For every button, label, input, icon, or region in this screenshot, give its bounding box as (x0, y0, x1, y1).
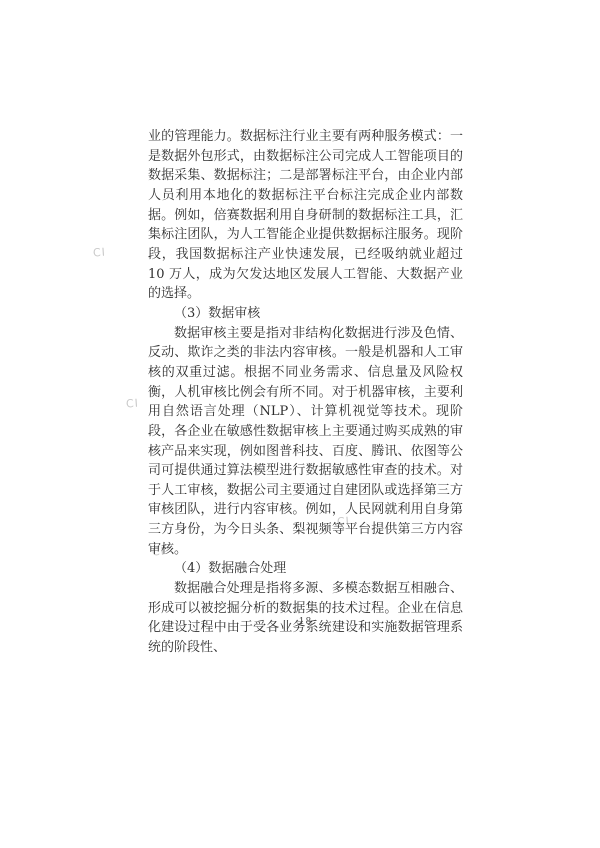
watermark-text: CI (126, 397, 140, 411)
paragraph: （3）数据审核 (148, 304, 463, 324)
paragraph: 数据审核主要是指对非结构化数据进行涉及色情、反动、欺诈之类的非法内容审核。一般是… (148, 324, 463, 560)
document-page: CICICICI 业的管理能力。数据标注行业主要有两种服务模式：一是数据外包形式… (0, 0, 600, 848)
text-block: 业的管理能力。数据标注行业主要有两种服务模式：一是数据外包形式，由数据标注公司完… (148, 127, 463, 658)
paragraph: 业的管理能力。数据标注行业主要有两种服务模式：一是数据外包形式，由数据标注公司完… (148, 127, 463, 304)
paragraph: （4）数据融合处理 (148, 559, 463, 579)
page-number: 18 (148, 617, 463, 627)
watermark-text: CI (93, 246, 107, 260)
